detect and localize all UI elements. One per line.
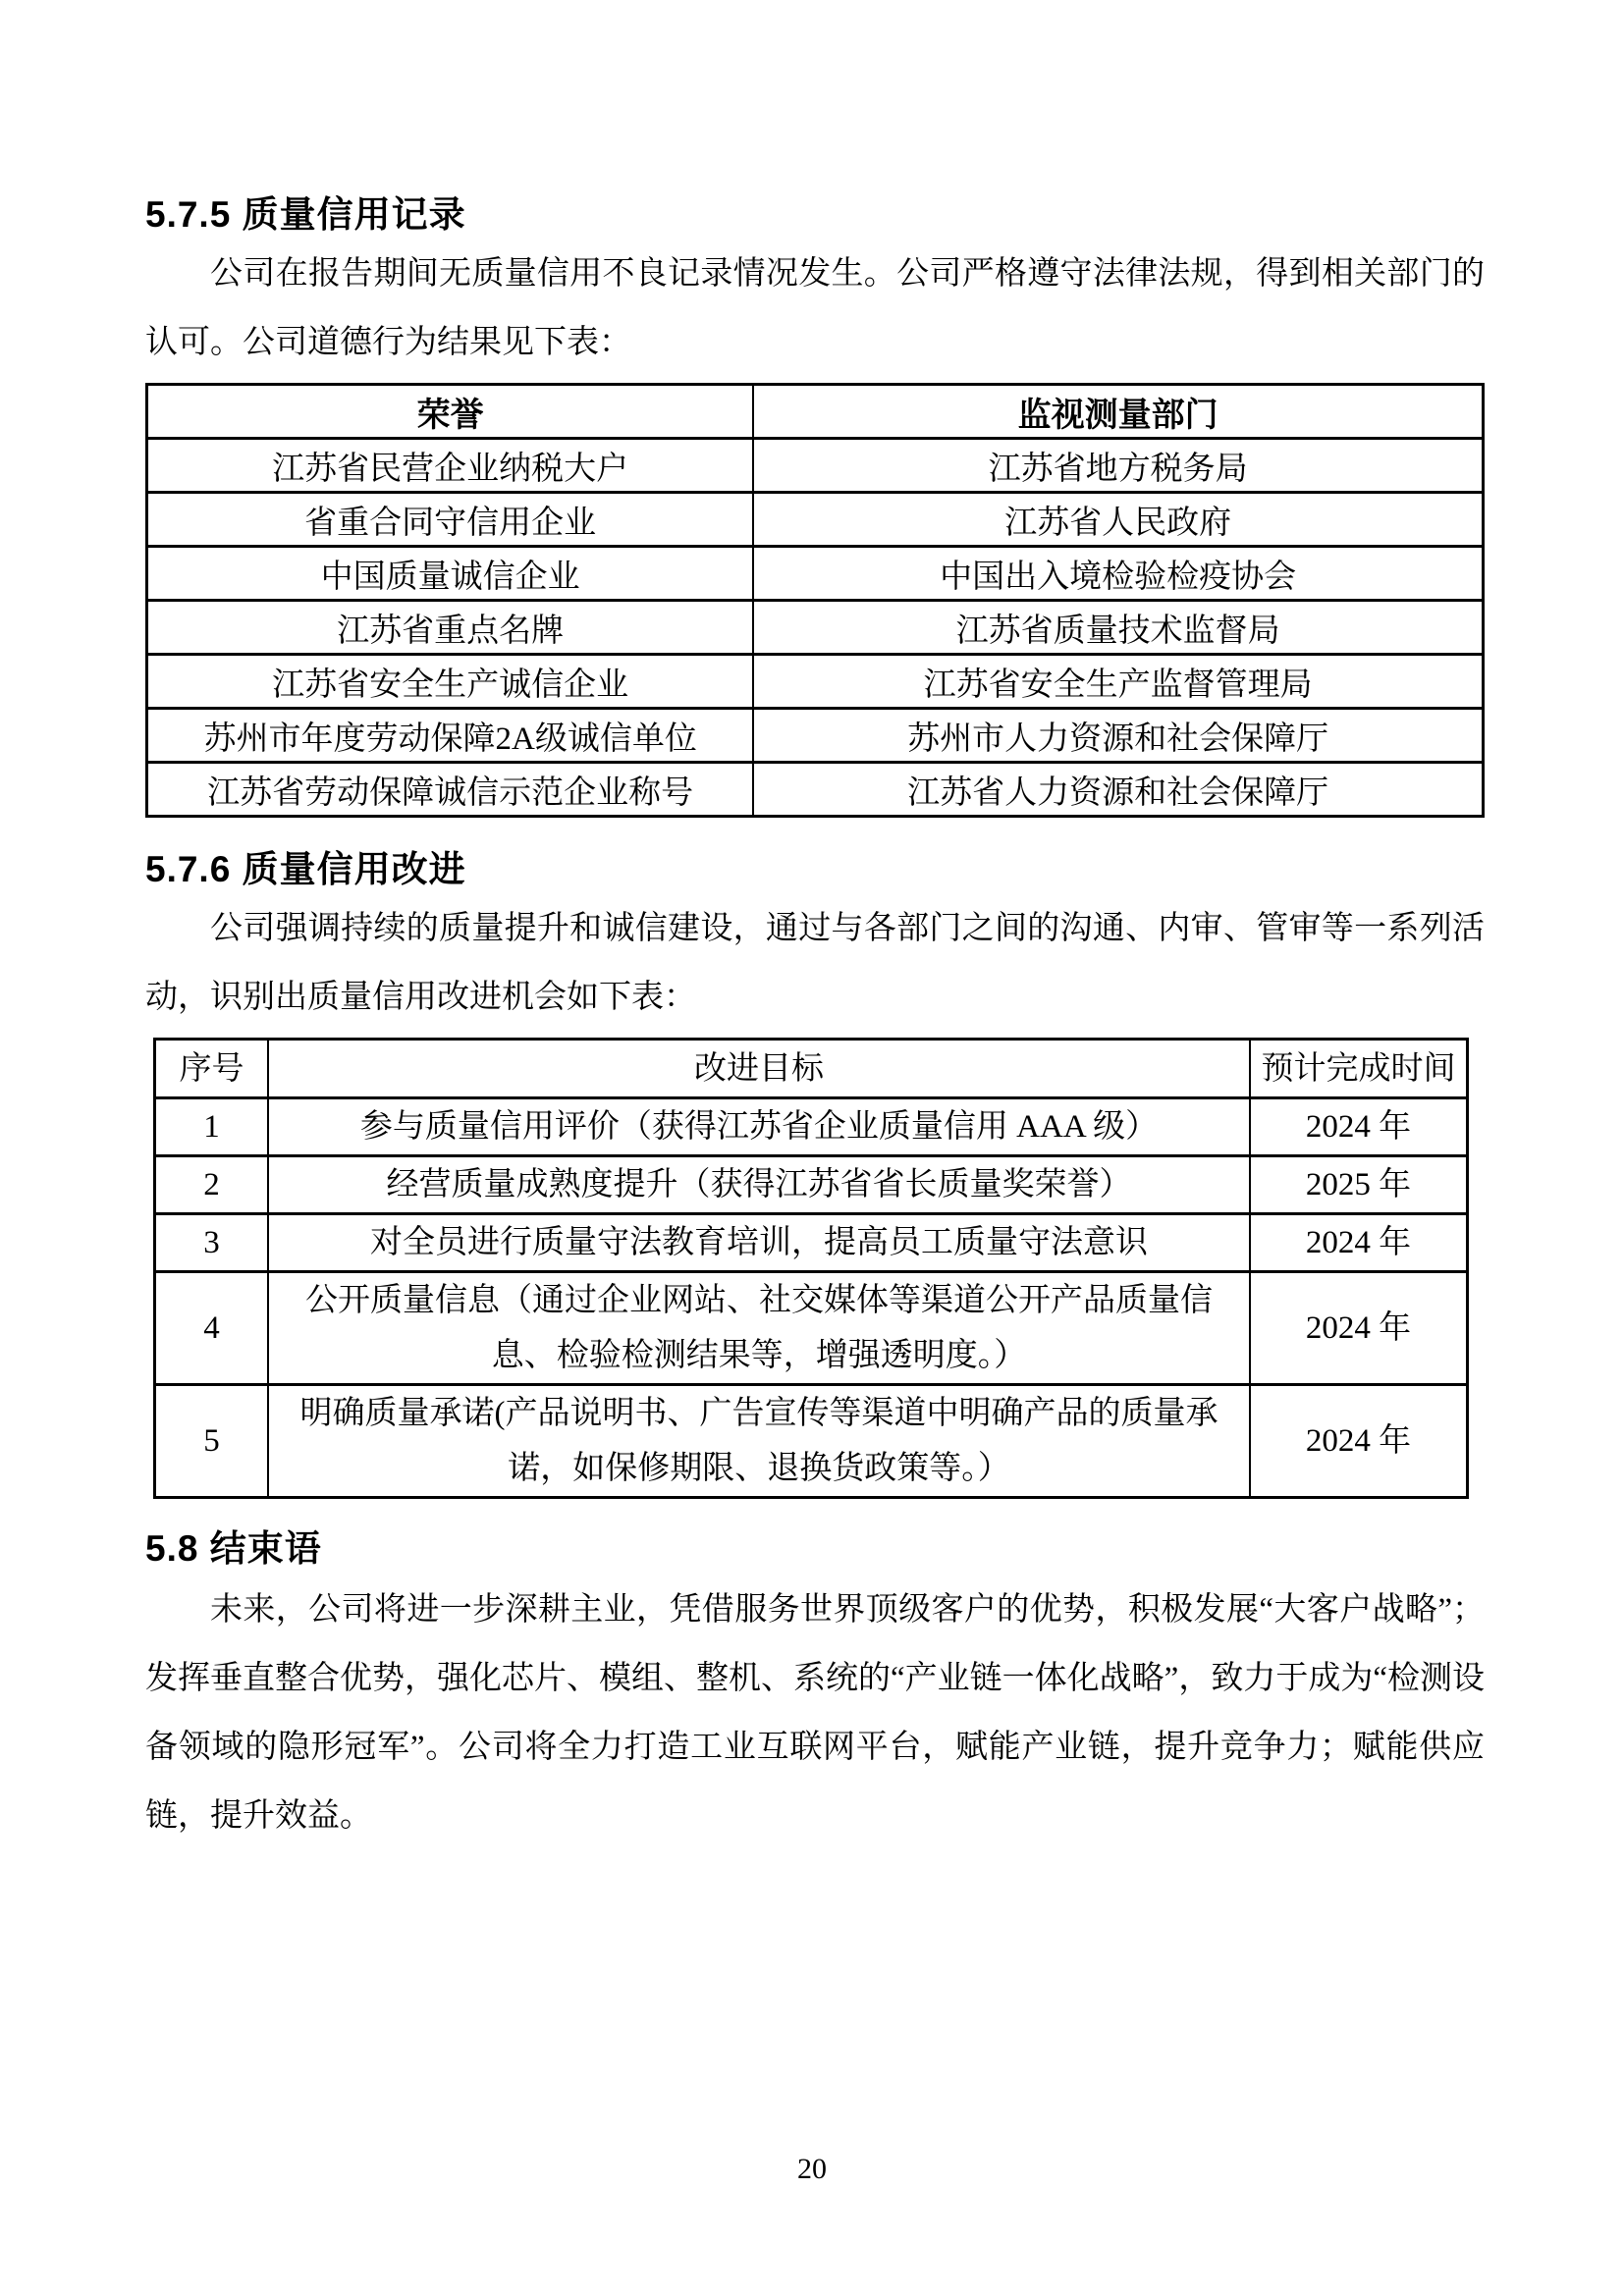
table-row: 1 参与质量信用评价（获得江苏省企业质量信用 AAA 级） 2024 年 xyxy=(155,1098,1468,1156)
goal-cell: 明确质量承诺(产品说明书、广告宣传等渠道中明确产品的质量承诺，如保修期限、退换货… xyxy=(268,1385,1250,1498)
section-heading-575: 5.7.5 质量信用记录 xyxy=(145,192,1485,238)
department-cell: 中国出入境检验检疫协会 xyxy=(753,547,1483,601)
improvement-table-wrap: 序号 改进目标 预计完成时间 1 参与质量信用评价（获得江苏省企业质量信用 AA… xyxy=(145,1038,1485,1499)
date-cell: 2024 年 xyxy=(1250,1272,1468,1385)
table-row: 3 对全员进行质量守法教育培训，提高员工质量守法意识 2024 年 xyxy=(155,1214,1468,1272)
department-cell: 江苏省地方税务局 xyxy=(753,439,1483,493)
goal-cell: 公开质量信息（通过企业网站、社交媒体等渠道公开产品质量信息、检验检测结果等，增强… xyxy=(268,1272,1250,1385)
improvement-header-goal: 改进目标 xyxy=(268,1040,1250,1098)
honors-header-department: 监视测量部门 xyxy=(753,385,1483,439)
section-heading-576: 5.7.6 质量信用改进 xyxy=(145,847,1485,892)
honors-table-head: 荣誉 监视测量部门 xyxy=(147,385,1484,439)
index-cell: 5 xyxy=(155,1385,269,1498)
section-paragraph-58: 未来，公司将进一步深耕主业，凭借服务世界顶级客户的优势，积极发展“大客户战略”；… xyxy=(145,1575,1485,1850)
date-cell: 2024 年 xyxy=(1250,1214,1468,1272)
honor-cell: 江苏省安全生产诚信企业 xyxy=(147,655,754,709)
honor-cell: 苏州市年度劳动保障2A级诚信单位 xyxy=(147,709,754,763)
index-cell: 2 xyxy=(155,1156,269,1214)
improvement-table: 序号 改进目标 预计完成时间 1 参与质量信用评价（获得江苏省企业质量信用 AA… xyxy=(153,1038,1469,1499)
page-number: 20 xyxy=(0,2153,1624,2186)
date-cell: 2024 年 xyxy=(1250,1098,1468,1156)
table-row: 江苏省劳动保障诚信示范企业称号 江苏省人力资源和社会保障厅 xyxy=(147,763,1484,817)
table-header-row: 荣誉 监视测量部门 xyxy=(147,385,1484,439)
department-cell: 江苏省质量技术监督局 xyxy=(753,601,1483,655)
honors-table-body: 江苏省民营企业纳税大户 江苏省地方税务局 省重合同守信用企业 江苏省人民政府 中… xyxy=(147,439,1484,817)
improvement-table-body: 1 参与质量信用评价（获得江苏省企业质量信用 AAA 级） 2024 年 2 经… xyxy=(155,1098,1468,1498)
table-row: 江苏省重点名牌 江苏省质量技术监督局 xyxy=(147,601,1484,655)
table-row: 4 公开质量信息（通过企业网站、社交媒体等渠道公开产品质量信息、检验检测结果等，… xyxy=(155,1272,1468,1385)
index-cell: 3 xyxy=(155,1214,269,1272)
department-cell: 江苏省人力资源和社会保障厅 xyxy=(753,763,1483,817)
goal-cell: 经营质量成熟度提升（获得江苏省省长质量奖荣誉） xyxy=(268,1156,1250,1214)
goal-cell: 对全员进行质量守法教育培训，提高员工质量守法意识 xyxy=(268,1214,1250,1272)
department-cell: 苏州市人力资源和社会保障厅 xyxy=(753,709,1483,763)
improvement-table-head: 序号 改进目标 预计完成时间 xyxy=(155,1040,1468,1098)
document-page: { "page_number": "20", "section_575": { … xyxy=(0,0,1624,2296)
honor-cell: 江苏省劳动保障诚信示范企业称号 xyxy=(147,763,754,817)
improvement-header-index: 序号 xyxy=(155,1040,269,1098)
index-cell: 4 xyxy=(155,1272,269,1385)
honor-cell: 中国质量诚信企业 xyxy=(147,547,754,601)
section-heading-58: 5.8 结束语 xyxy=(145,1526,1485,1572)
table-row: 苏州市年度劳动保障2A级诚信单位 苏州市人力资源和社会保障厅 xyxy=(147,709,1484,763)
goal-cell: 参与质量信用评价（获得江苏省企业质量信用 AAA 级） xyxy=(268,1098,1250,1156)
page-content: 5.7.5 质量信用记录 公司在报告期间无质量信用不良记录情况发生。公司严格遵守… xyxy=(145,192,1485,1850)
table-header-row: 序号 改进目标 预计完成时间 xyxy=(155,1040,1468,1098)
honors-header-honor: 荣誉 xyxy=(147,385,754,439)
table-row: 江苏省民营企业纳税大户 江苏省地方税务局 xyxy=(147,439,1484,493)
table-row: 中国质量诚信企业 中国出入境检验检疫协会 xyxy=(147,547,1484,601)
section-paragraph-575: 公司在报告期间无质量信用不良记录情况发生。公司严格遵守法律法规，得到相关部门的认… xyxy=(145,240,1485,377)
table-row: 5 明确质量承诺(产品说明书、广告宣传等渠道中明确产品的质量承诺，如保修期限、退… xyxy=(155,1385,1468,1498)
index-cell: 1 xyxy=(155,1098,269,1156)
honors-table: 荣誉 监视测量部门 江苏省民营企业纳税大户 江苏省地方税务局 省重合同守信用企业… xyxy=(145,383,1485,818)
section-paragraph-576: 公司强调持续的质量提升和诚信建设，通过与各部门之间的沟通、内审、管审等一系列活动… xyxy=(145,894,1485,1032)
department-cell: 江苏省人民政府 xyxy=(753,493,1483,547)
date-cell: 2025 年 xyxy=(1250,1156,1468,1214)
table-row: 2 经营质量成熟度提升（获得江苏省省长质量奖荣誉） 2025 年 xyxy=(155,1156,1468,1214)
improvement-header-date: 预计完成时间 xyxy=(1250,1040,1468,1098)
date-cell: 2024 年 xyxy=(1250,1385,1468,1498)
department-cell: 江苏省安全生产监督管理局 xyxy=(753,655,1483,709)
honor-cell: 省重合同守信用企业 xyxy=(147,493,754,547)
table-row: 省重合同守信用企业 江苏省人民政府 xyxy=(147,493,1484,547)
honor-cell: 江苏省民营企业纳税大户 xyxy=(147,439,754,493)
table-row: 江苏省安全生产诚信企业 江苏省安全生产监督管理局 xyxy=(147,655,1484,709)
honor-cell: 江苏省重点名牌 xyxy=(147,601,754,655)
